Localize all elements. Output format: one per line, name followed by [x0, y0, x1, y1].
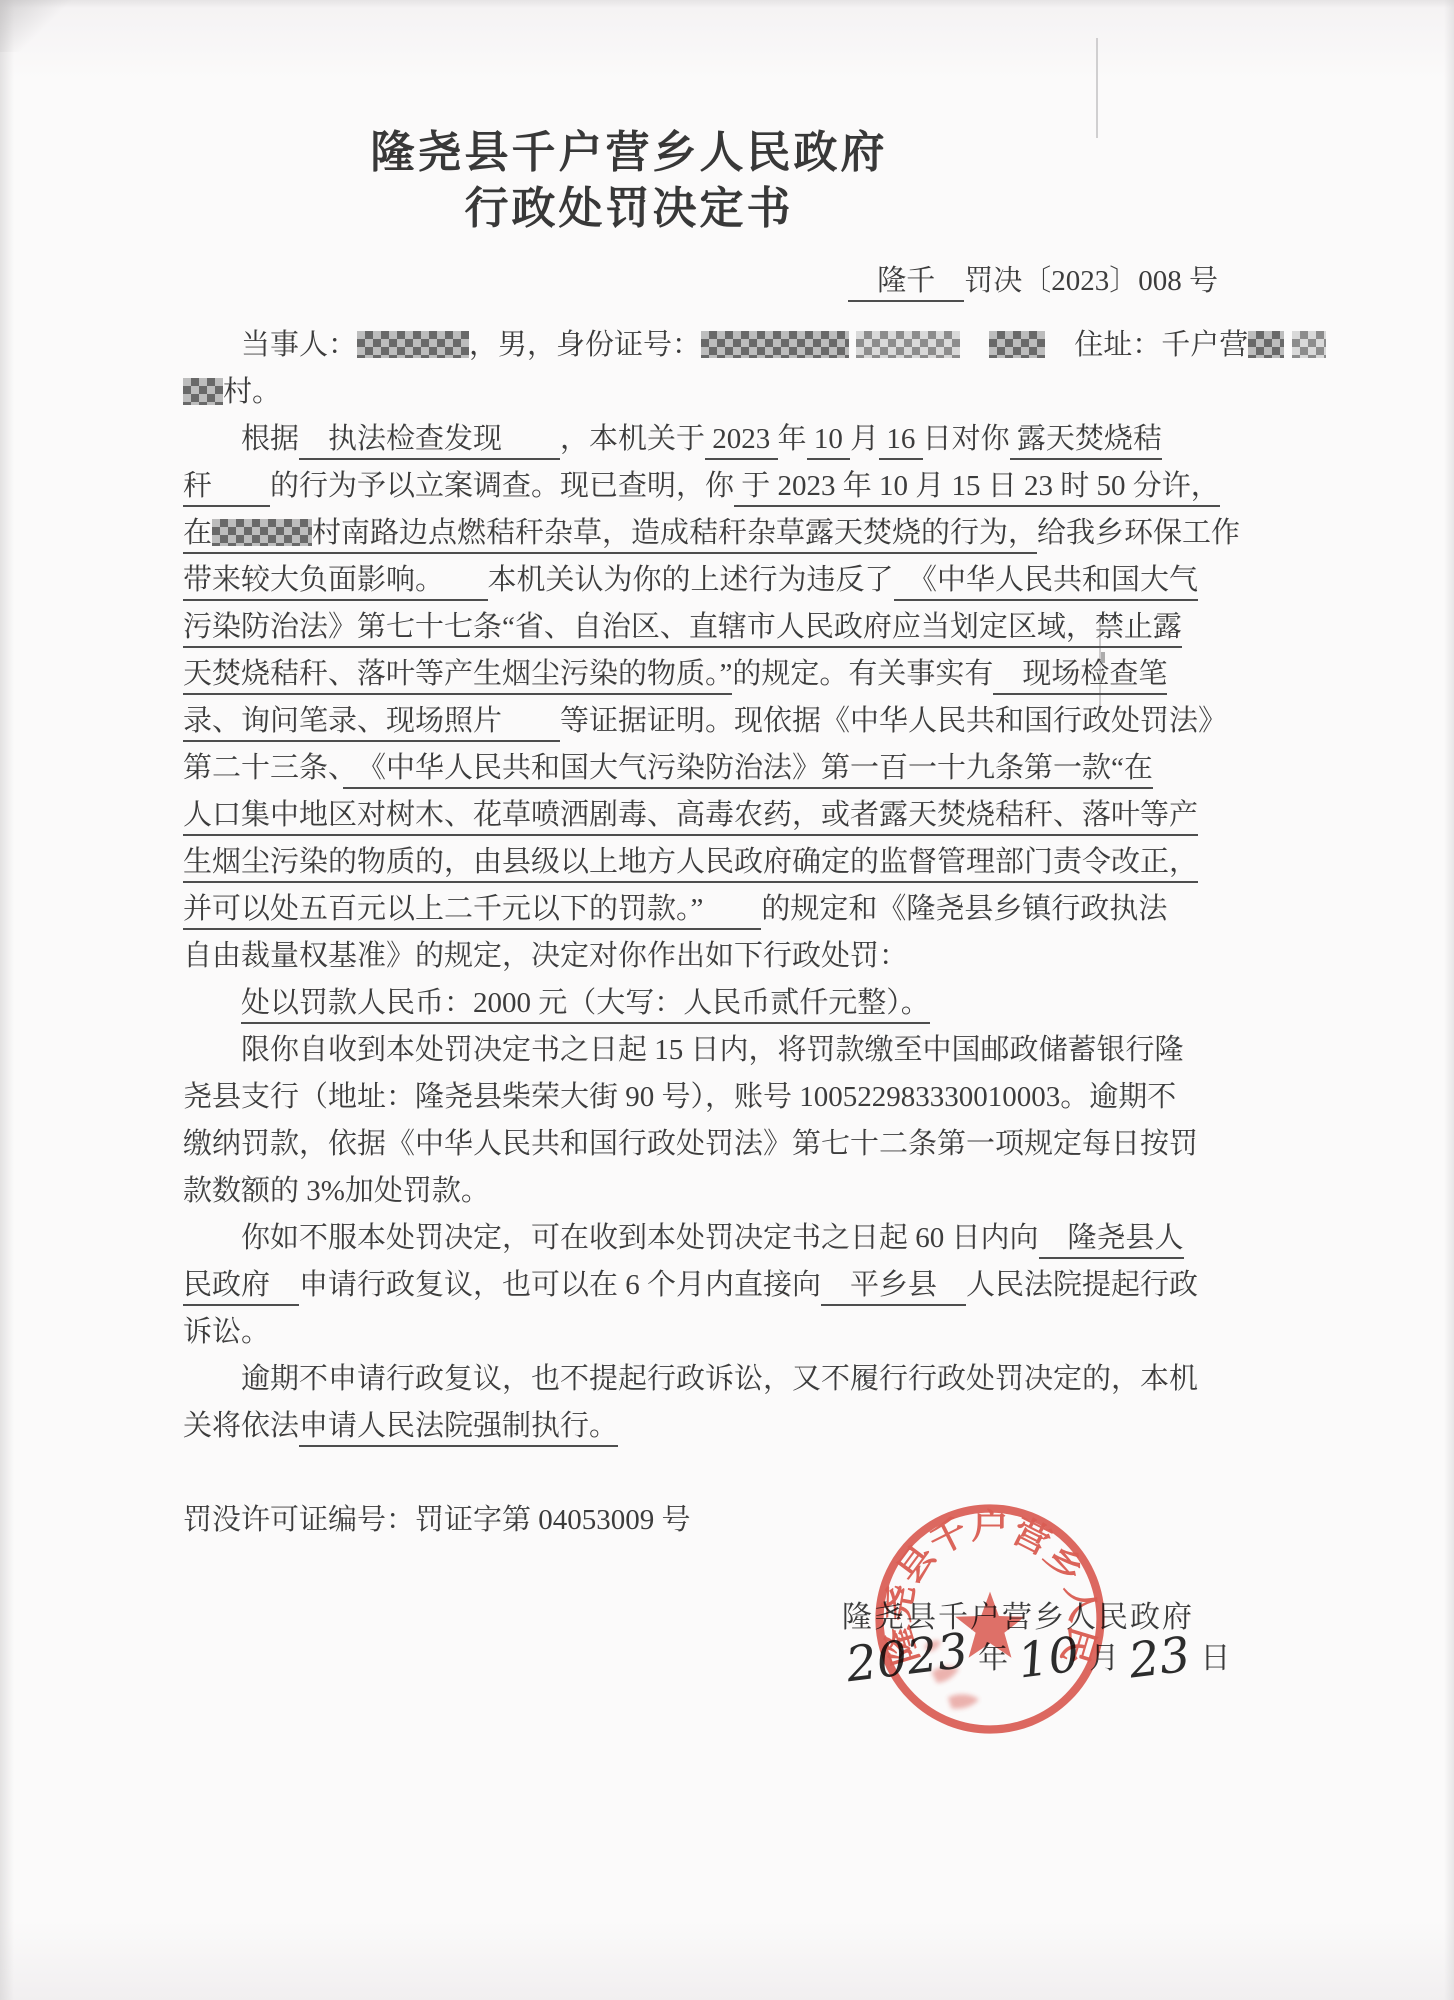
underlined-segment: 16 — [879, 423, 923, 460]
doc-line: 自由裁量权基准》的规定，决定对你作出如下行政处罚： — [183, 933, 1223, 980]
text-segment: 住址：千户营 — [1045, 329, 1248, 361]
text-segment: 年 — [778, 423, 807, 455]
underlined-segment: 2023 — [705, 423, 778, 460]
doc-line: 根据 执法检查发现 ，本机关于 2023 年 10 月 16 日对你 露天焚烧秸 — [183, 416, 1223, 463]
underlined-segment: 污染防治法》第七十七条“省、自治区、直辖市人民政府应当划定区域，禁止露 — [183, 611, 1182, 648]
text-segment: 款数额的 3%加处罚款。 — [183, 1175, 490, 1207]
redacted-text — [856, 331, 960, 358]
underlined-segment: 人口集中地区对树木、花草喷洒剧毒、高毒农药，或者露天焚烧秸秆、落叶等产 — [183, 799, 1198, 836]
text-segment: 的行为予以立案调查。现已查明，你 — [270, 470, 734, 502]
underlined-segment: 于 2023 年 10 月 15 日 23 时 50 分许， — [734, 470, 1220, 507]
doc-line: 缴纳罚款，依据《中华人民共和国行政处罚法》第七十二条第一项规定每日按罚 — [183, 1121, 1223, 1168]
doc-line: 诉讼。 — [183, 1309, 1223, 1356]
doc-line: 尧县支行（地址：隆尧县柴荣大街 90 号），账号 100522983330010… — [183, 1074, 1223, 1121]
text-segment: ，男，身份证号： — [469, 329, 701, 361]
underlined-segment: 录、询问笔录、现场照片 — [183, 705, 560, 742]
underlined-segment: 《中华人民共和国大气污染防治法》第一百一十九条第一款“在 — [343, 752, 1153, 789]
text-segment: 2023 — [705, 423, 778, 455]
text-segment: 在 — [183, 517, 212, 549]
scan-edge-right — [1444, 0, 1454, 2000]
text-segment: 并可以处五百元以上二千元以下的罚款。” — [183, 893, 761, 925]
text-segment — [1284, 329, 1291, 361]
doc-line: 关将依法申请人民法院强制执行。 — [183, 1403, 1223, 1450]
text-segment: 录、询问笔录、现场照片 — [183, 705, 560, 737]
text-segment: 《中华人民共和国大气污染防治法》第一百一十九条第一款“在 — [343, 752, 1153, 784]
doc-line: 处以罚款人民币：2000 元（大写：人民币贰仟元整）。 — [183, 980, 1223, 1027]
underlined-segment: 平乡县 — [821, 1269, 966, 1306]
day-label: 日 — [1200, 1642, 1230, 1675]
scan-edge-left — [0, 0, 14, 2000]
text-segment: 10 — [807, 423, 851, 455]
text-segment: 申请人民法院强制执行。 — [299, 1410, 618, 1442]
scan-corner-shadow — [0, 0, 80, 52]
seal-star-icon — [955, 1592, 1024, 1658]
underlined-segment: 处以罚款人民币：2000 元（大写：人民币贰仟元整）。 — [241, 987, 930, 1024]
text-segment: 带来较大负面影响。 — [183, 564, 488, 596]
underlined-segment: 《中华人民共和国大气 — [894, 564, 1199, 601]
document-title-type: 行政处罚决定书 — [125, 172, 1133, 236]
redacted-text — [183, 378, 223, 405]
text-segment: 污染防治法》第七十七条“省、自治区、直辖市人民政府应当划定区域，禁止露 — [183, 611, 1182, 643]
text-segment: 申请行政复议，也可以在 6 个月内直接向 — [299, 1269, 821, 1301]
doc-line: 村。 — [183, 369, 1223, 416]
scan-edge-top — [0, 0, 1454, 8]
text-segment: 诉讼。 — [183, 1316, 270, 1348]
underlined-segment: 在 — [183, 517, 212, 554]
text-segment: 人民法院提起行政 — [966, 1269, 1198, 1301]
text-segment: 第二十三条、 — [183, 752, 343, 784]
underlined-segment: 秆 — [183, 470, 270, 507]
handwritten-day: 23 — [1126, 1626, 1193, 1689]
official-seal: 隆尧县千户营乡人民政府 — [853, 1482, 1127, 1756]
text-segment: 罚决〔2023〕008 号 — [964, 265, 1218, 297]
text-segment: 根据 — [241, 423, 299, 455]
doc-line: 并可以处五百元以上二千元以下的罚款。” 的规定和《隆尧县乡镇行政执法 — [183, 886, 1223, 933]
text-segment: 你如不服本处罚决定，可在收到本处罚决定书之日起 60 日内向 — [241, 1222, 1039, 1254]
doc-line: 隆千 罚决〔2023〕008 号 — [183, 258, 1218, 305]
doc-line: 你如不服本处罚决定，可在收到本处罚决定书之日起 60 日内向 隆尧县人 — [183, 1215, 1223, 1262]
text-segment: 的规定和《隆尧县乡镇行政执法 — [761, 893, 1167, 925]
doc-line: 秆 的行为予以立案调查。现已查明，你 于 2023 年 10 月 15 日 23… — [183, 463, 1223, 510]
doc-line: 带来较大负面影响。 本机关认为你的上述行为违反了 《中华人民共和国大气 — [183, 557, 1223, 604]
doc-line: 当事人：，男，身份证号： 住址：千户营 — [183, 322, 1223, 369]
text-segment: 民政府 — [183, 1269, 299, 1301]
underlined-segment: 民政府 — [183, 1269, 299, 1306]
redacted-text — [357, 331, 469, 358]
text-segment: 等证据证明。现依据《中华人民共和国行政处罚法》 — [560, 705, 1227, 737]
redacted-text — [212, 519, 312, 546]
document-title-agency: 隆尧县千户营乡人民政府 — [125, 116, 1133, 180]
text-segment: 给我乡环保工作 — [1037, 517, 1240, 549]
text-segment: 秆 — [183, 470, 270, 502]
text-segment: 处以罚款人民币：2000 元（大写：人民币贰仟元整）。 — [241, 987, 930, 1019]
redacted-text — [1248, 331, 1284, 358]
underlined-segment: 10 — [807, 423, 851, 460]
underlined-segment: 带来较大负面影响。 — [183, 564, 488, 601]
doc-line: 第二十三条、 《中华人民共和国大气污染防治法》第一百一十九条第一款“在 — [183, 745, 1223, 792]
text-segment: 关将依法 — [183, 1410, 299, 1442]
underlined-segment: 隆尧县人 — [1039, 1222, 1184, 1259]
document-body: 当事人：，男，身份证号： 住址：千户营 村。根据 执法检查发现 ，本机关于 20… — [183, 322, 1223, 1544]
text-segment: 露天焚烧秸 — [1010, 423, 1162, 455]
text-segment: ，本机关于 — [560, 423, 705, 455]
redacted-text — [1292, 331, 1326, 358]
doc-line: 在村南路边点燃秸秆杂草，造成秸秆杂草露天焚烧的行为，给我乡环保工作 — [183, 510, 1223, 557]
underlined-segment: 隆千 — [848, 265, 964, 302]
redacted-text — [701, 331, 849, 358]
text-segment: 生烟尘污染的物质的，由县级以上地方人民政府确定的监督管理部门责令改正， — [183, 846, 1198, 878]
text-segment: 村南路边点燃秸秆杂草，造成秸秆杂草露天焚烧的行为， — [312, 517, 1037, 549]
doc-line: 污染防治法》第七十七条“省、自治区、直辖市人民政府应当划定区域，禁止露 — [183, 604, 1223, 651]
text-segment: 月 — [850, 423, 879, 455]
text-segment: 限你自收到本处罚决定书之日起 15 日内，将罚款缴至中国邮政储蓄银行隆 — [241, 1034, 1184, 1066]
text-segment: 隆尧县人 — [1039, 1222, 1184, 1254]
doc-line: 逾期不申请行政复议，也不提起行政诉讼，又不履行行政处罚决定的，本机 — [183, 1356, 1223, 1403]
text-segment: 平乡县 — [821, 1269, 966, 1301]
doc-line: 限你自收到本处罚决定书之日起 15 日内，将罚款缴至中国邮政储蓄银行隆 — [183, 1027, 1223, 1074]
doc-line: 录、询问笔录、现场照片 等证据证明。现依据《中华人民共和国行政处罚法》 — [183, 698, 1223, 745]
text-segment: 罚没许可证编号：罚证字第 04053009 号 — [183, 1504, 691, 1536]
text-segment: 当事人： — [241, 329, 357, 361]
text-segment: 自由裁量权基准》的规定，决定对你作出如下行政处罚： — [183, 940, 908, 972]
doc-line: 款数额的 3%加处罚款。 — [183, 1168, 1223, 1215]
text-segment: 隆千 — [848, 265, 964, 297]
underlined-segment: 生烟尘污染的物质的，由县级以上地方人民政府确定的监督管理部门责令改正， — [183, 846, 1198, 883]
doc-line: 天焚烧秸秆、落叶等产生烟尘污染的物质。”的规定。有关事实有 现场检查笔 — [183, 651, 1223, 698]
doc-line: 人口集中地区对树木、花草喷洒剧毒、高毒农药，或者露天焚烧秸秆、落叶等产 — [183, 792, 1223, 839]
redacted-text — [989, 331, 1045, 358]
text-segment: 执法检查发现 — [299, 423, 560, 455]
text-segment: 逾期不申请行政复议，也不提起行政诉讼，又不履行行政处罚决定的，本机 — [241, 1363, 1198, 1395]
underlined-segment: 执法检查发现 — [299, 423, 560, 460]
doc-line: 民政府 申请行政复议，也可以在 6 个月内直接向 平乡县 人民法院提起行政 — [183, 1262, 1223, 1309]
text-segment: 缴纳罚款，依据《中华人民共和国行政处罚法》第七十二条第一项规定每日按罚 — [183, 1128, 1198, 1160]
text-segment — [849, 329, 856, 361]
text-segment: 于 2023 年 10 月 15 日 23 时 50 分许， — [734, 470, 1220, 502]
text-segment: 本机关认为你的上述行为违反了 — [488, 564, 894, 596]
doc-line: 生烟尘污染的物质的，由县级以上地方人民政府确定的监督管理部门责令改正， — [183, 839, 1223, 886]
underlined-segment: 露天焚烧秸 — [1010, 423, 1162, 460]
underlined-segment: 现场检查笔 — [993, 658, 1167, 695]
text-segment: 村。 — [223, 376, 281, 408]
text-segment — [960, 329, 989, 361]
text-segment: 16 — [879, 423, 923, 455]
text-segment: 尧县支行（地址：隆尧县柴荣大街 90 号），账号 100522983330010… — [183, 1081, 1176, 1113]
underlined-segment: 申请人民法院强制执行。 — [299, 1410, 618, 1447]
scanned-document-page: 隆尧县千户营乡人民政府 行政处罚决定书 隆千 罚决〔2023〕008 号 当事人… — [0, 0, 1454, 2000]
document-number-line: 隆千 罚决〔2023〕008 号 — [183, 258, 1218, 305]
text-segment: 的规定。有关事实有 — [732, 658, 993, 690]
text-segment: 日对你 — [923, 423, 1010, 455]
text-segment: 《中华人民共和国大气 — [894, 564, 1199, 596]
underlined-segment — [212, 517, 312, 554]
text-segment: 人口集中地区对树木、花草喷洒剧毒、高毒农药，或者露天焚烧秸秆、落叶等产 — [183, 799, 1198, 831]
underlined-segment: 村南路边点燃秸秆杂草，造成秸秆杂草露天焚烧的行为， — [312, 517, 1037, 554]
text-segment: 现场检查笔 — [993, 658, 1167, 690]
underlined-segment: 并可以处五百元以上二千元以下的罚款。” — [183, 893, 761, 930]
text-segment: 天焚烧秸秆、落叶等产生烟尘污染的物质。” — [183, 658, 732, 690]
underlined-segment: 天焚烧秸秆、落叶等产生烟尘污染的物质。” — [183, 658, 732, 695]
